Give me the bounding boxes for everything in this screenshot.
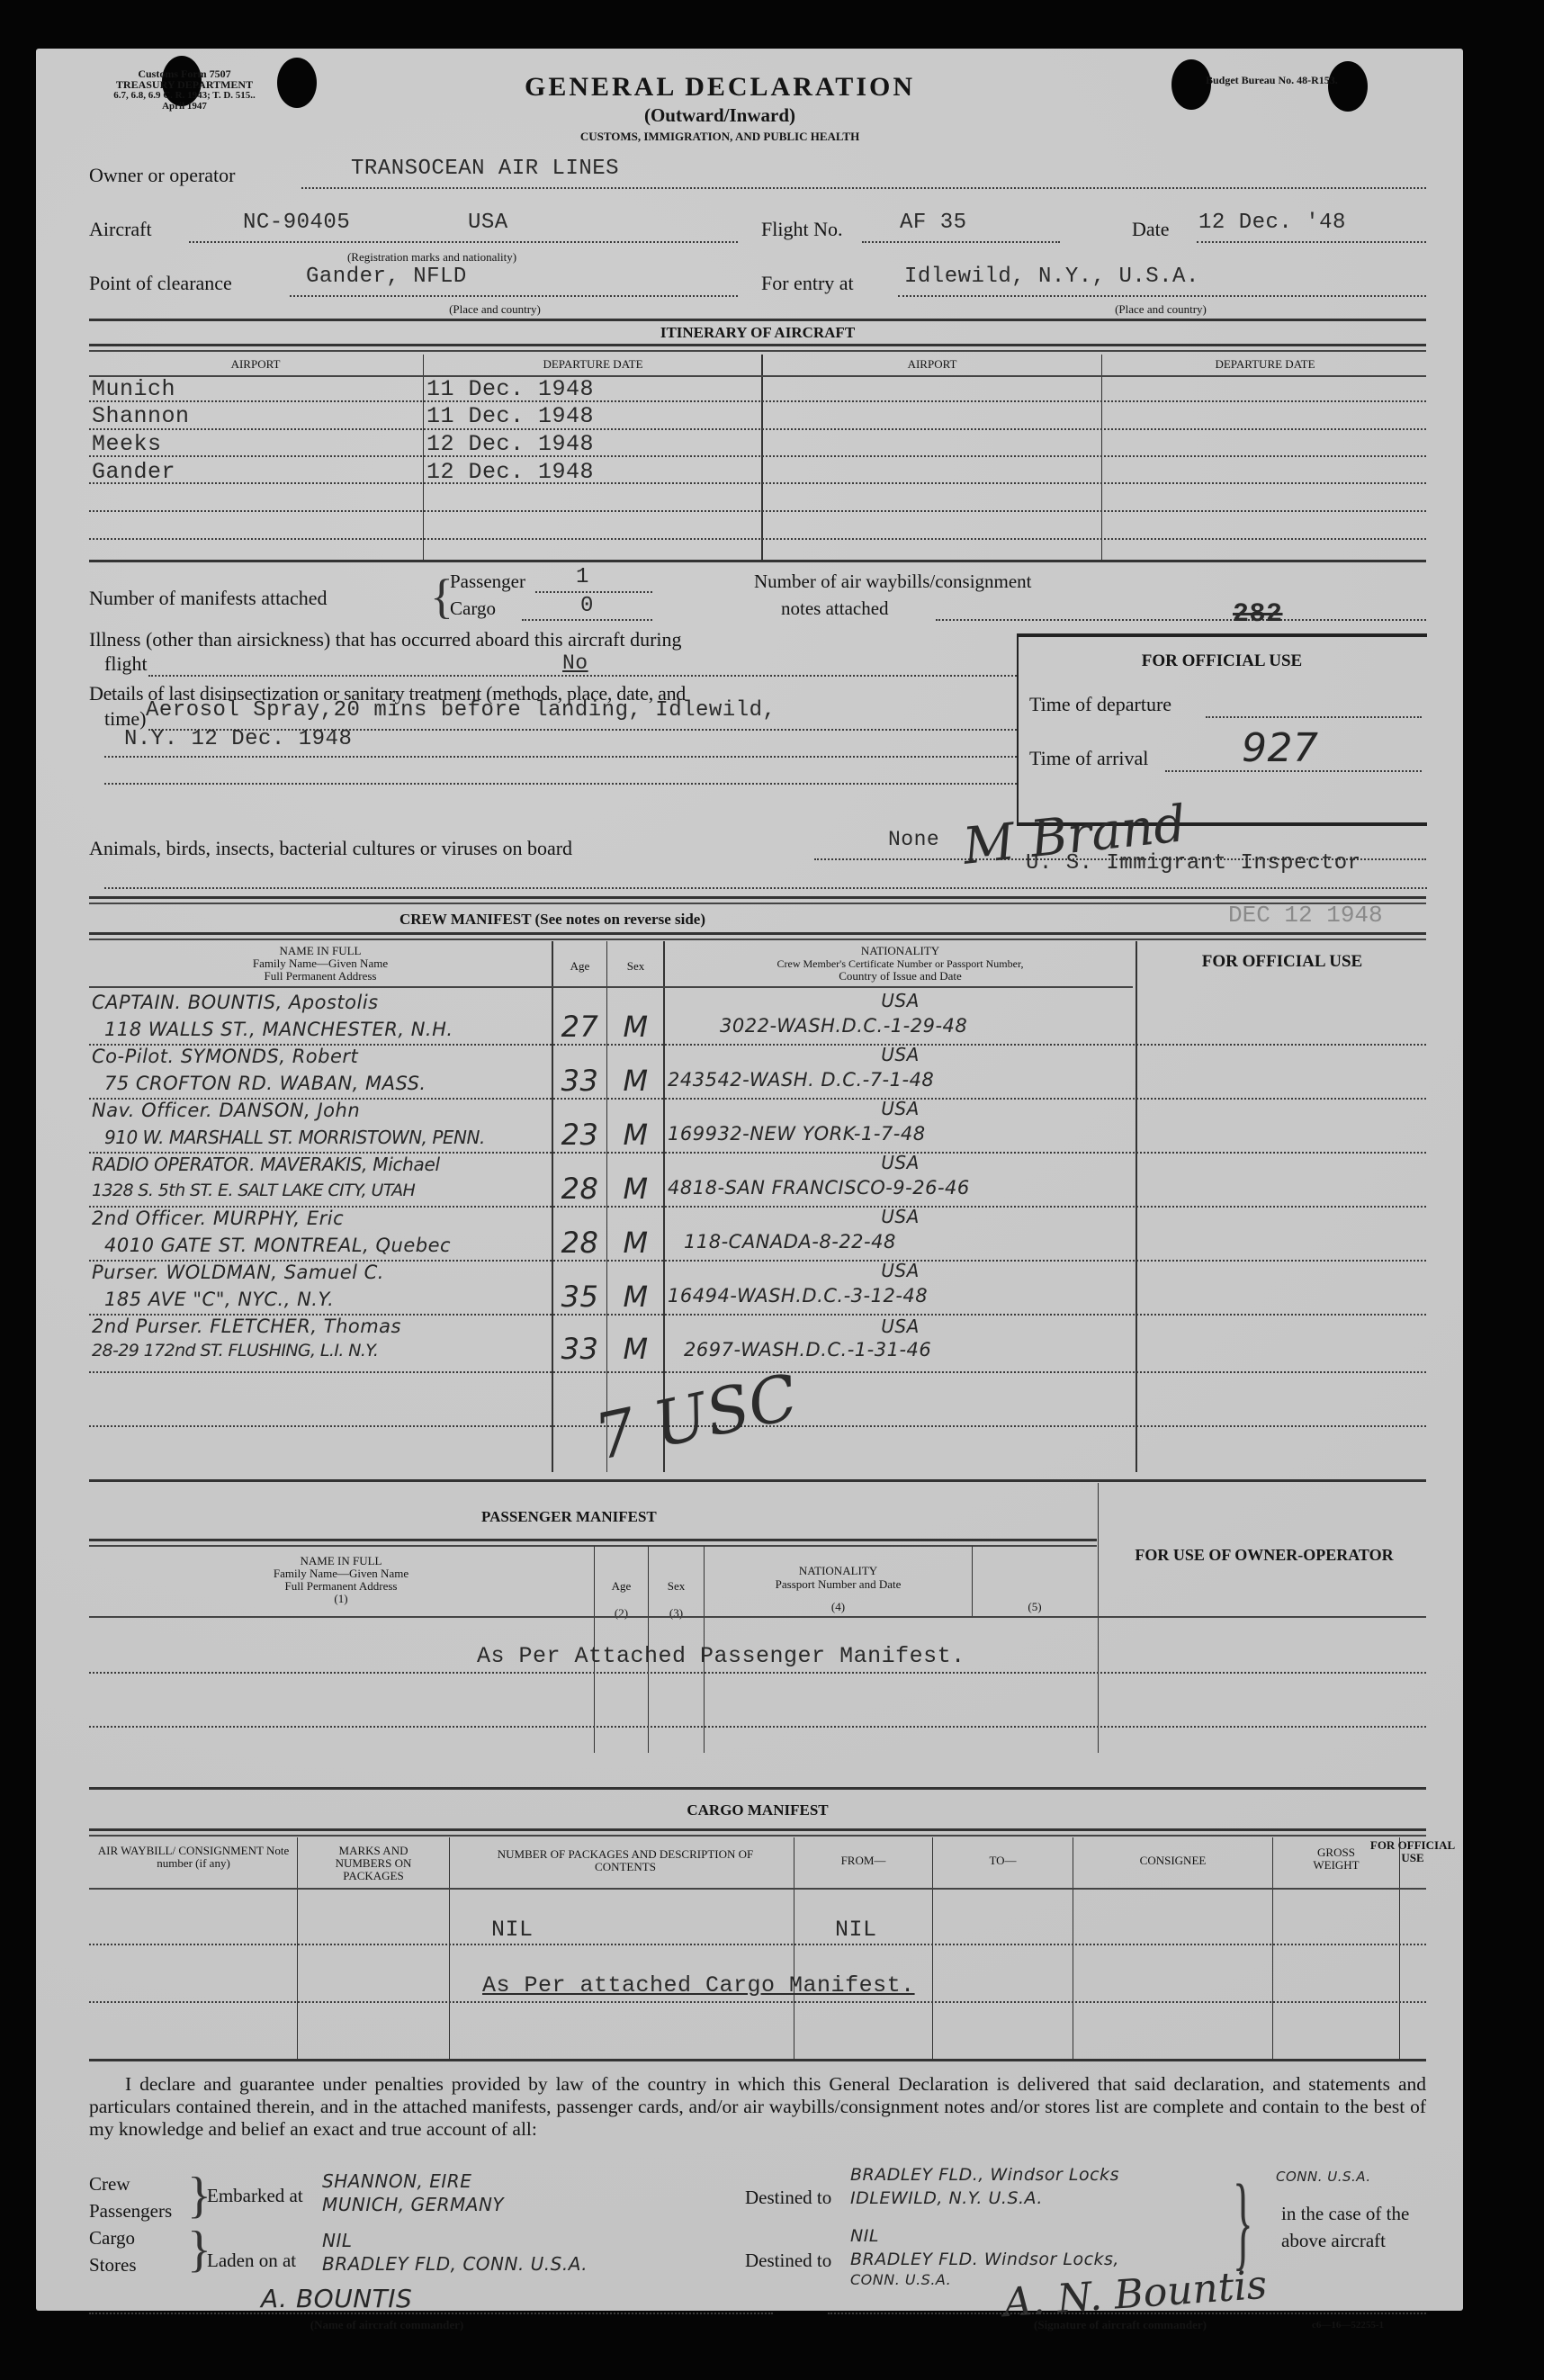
- crew-nationality: USA: [665, 1044, 1136, 1065]
- disinsection-line-2: [104, 756, 1017, 758]
- crew-age: 33: [553, 1332, 606, 1366]
- itinerary-date: 11 Dec. 1948: [426, 403, 594, 429]
- case-text-line-1: in the case of the: [1281, 2203, 1409, 2225]
- crew-nationality: USA: [665, 1152, 1136, 1173]
- itinerary-header-rule: [89, 344, 1426, 352]
- cargo-top-rule: [89, 1787, 1426, 1790]
- crew-address: 910 W. MARSHALL ST. MORRISTOWN, PENN.: [104, 1127, 485, 1148]
- clearance-label: Point of clearance: [89, 272, 232, 295]
- embarked-label: Embarked at: [207, 2185, 303, 2207]
- cargo-col-divider-7: [1399, 1837, 1400, 2059]
- crew-sex: M: [608, 1118, 663, 1152]
- commander-signature-value: A. N. Bountis: [1002, 2262, 1269, 2326]
- destined-label-2: Destined to: [745, 2250, 831, 2272]
- itinerary-airport: Munich: [92, 376, 175, 402]
- crew-nationality: USA: [665, 1260, 1136, 1281]
- laden-value-2: BRADLEY FLD, CONN. U.S.A.: [322, 2253, 588, 2275]
- crew-name: 2nd Purser. FLETCHER, Thomas: [92, 1316, 401, 1337]
- passenger-header-name: NAME IN FULL Family Name—Given Name Full…: [89, 1555, 593, 1605]
- crew-certificate: 169932-NEW YORK-1-7-48: [668, 1123, 926, 1145]
- cargo-manifest-note: As Per attached Cargo Manifest.: [482, 1972, 915, 1998]
- disinsection-value-line-2: N.Y. 12 Dec. 1948: [124, 727, 352, 751]
- clearance-caption: (Place and country): [414, 302, 576, 317]
- destined2-value-3: CONN. U.S.A.: [850, 2271, 951, 2288]
- laden-value-1: NIL: [322, 2230, 353, 2251]
- aircraft-label: Aircraft: [89, 218, 152, 241]
- crew-age: 28: [553, 1226, 606, 1260]
- passenger-manifest-note: As Per Attached Passenger Manifest.: [477, 1643, 965, 1669]
- form-date: April 1947: [72, 101, 297, 112]
- cargo-manifest-count: 0: [580, 594, 594, 618]
- aircraft-registration: NC-90405: [243, 211, 350, 235]
- disinsection-value-line-1: Aerosol Spray,20 mins before landing, Id…: [146, 698, 776, 723]
- cargo-bottom-rule: [89, 2059, 1426, 2061]
- case-text-line-2: above aircraft: [1281, 2230, 1386, 2252]
- crew-age: 35: [553, 1280, 606, 1314]
- cargo-header-to: TO—: [933, 1854, 1073, 1868]
- crew-address: 1328 S. 5th ST. E. SALT LAKE CITY, UTAH: [92, 1181, 415, 1200]
- crew-name: Purser. WOLDMAN, Samuel C.: [92, 1262, 384, 1283]
- crew-header-name-line-1: NAME IN FULL: [89, 945, 552, 957]
- crew-header-age: Age: [553, 959, 606, 974]
- crew-name: Co-Pilot. SYMONDS, Robert: [92, 1046, 358, 1067]
- crew-header-nat-line-3: Country of Issue and Date: [665, 970, 1136, 983]
- entry-label: For entry at: [761, 272, 854, 295]
- crew-address: 4010 GATE ST. MONTREAL, Quebec: [104, 1235, 451, 1256]
- cargo-packages-value: NIL: [491, 1917, 534, 1943]
- cargo-header-consignee: CONSIGNEE: [1073, 1854, 1272, 1868]
- itinerary-header-date-1: DEPARTURE DATE: [425, 357, 761, 372]
- crew-header-rule: [89, 932, 1426, 940]
- crew-sex: M: [608, 1064, 663, 1098]
- crew-header-official-use: FOR OFFICIAL USE: [1137, 952, 1427, 972]
- itinerary-header-airport-2: AIRPORT: [763, 357, 1101, 372]
- department: TREASURY DEPARTMENT: [72, 79, 297, 90]
- flight-label: Flight No.: [761, 218, 842, 241]
- crew-top-rule: [89, 896, 1426, 904]
- passenger-header-col5: (5): [973, 1600, 1097, 1614]
- passenger-header-nat-num: (4): [705, 1600, 972, 1613]
- waybills-label-line-2: notes attached: [781, 597, 889, 620]
- crew-header-sex: Sex: [608, 959, 663, 974]
- owner-operator-title: FOR USE OF OWNER-OPERATOR: [1101, 1546, 1427, 1565]
- crew-header-name-line-3: Full Permanent Address: [89, 970, 552, 983]
- passenger-row-line-2: [89, 1726, 1426, 1728]
- destined1-extra: CONN. U.S.A.: [1276, 2169, 1371, 2185]
- crew-name: Nav. Officer. DANSON, John: [92, 1100, 360, 1121]
- budget-bureau-number: Budget Bureau No. 48-R153.: [1206, 74, 1338, 87]
- cargo-header-marks: MARKS AND NUMBERS ON PACKAGES: [315, 1845, 432, 1882]
- cargo-row-line-1: [89, 1944, 1426, 1945]
- itinerary-col-divider-3: [1101, 355, 1102, 560]
- passenger-header-sex-label: Sex: [649, 1573, 704, 1600]
- crew-nationality: USA: [665, 1206, 1136, 1227]
- itinerary-header-airport-1: AIRPORT: [89, 357, 422, 372]
- crew-header-nat-line-2: Crew Member's Certificate Number or Pass…: [665, 957, 1136, 970]
- animals-label: Animals, birds, insects, bacterial cultu…: [89, 837, 572, 860]
- crew-certificate: 243542-WASH. D.C.-7-1-48: [668, 1069, 934, 1091]
- itinerary-header-underline: [89, 375, 1426, 377]
- passenger-header-name-num: (1): [89, 1593, 593, 1605]
- commander-name-caption: (Name of aircraft commander): [261, 2318, 513, 2332]
- document-title: GENERAL DECLARATION: [450, 72, 990, 103]
- laden-label: Laden on at: [207, 2250, 296, 2272]
- cargo-header-underline: [89, 1888, 1426, 1890]
- crew-header-nationality: NATIONALITY Crew Member's Certificate Nu…: [665, 945, 1136, 983]
- passenger-header-rule: [89, 1539, 1097, 1547]
- passenger-header-name-line-1: NAME IN FULL: [89, 1555, 593, 1567]
- crew-age: 28: [553, 1172, 606, 1206]
- itinerary-airport: Meeks: [92, 431, 162, 457]
- arrival-time-label: Time of arrival: [1029, 747, 1148, 770]
- cargo-col-divider-5: [1073, 1837, 1073, 2059]
- passenger-header-name-line-2: Family Name—Given Name: [89, 1567, 593, 1580]
- itinerary-header-date-2: DEPARTURE DATE: [1103, 357, 1427, 372]
- crew-address: 28-29 172nd ST. FLUSHING, L.I. N.Y.: [92, 1341, 378, 1361]
- owner-value: TRANSOCEAN AIR LINES: [351, 157, 619, 181]
- crew-nationality: USA: [665, 1316, 1136, 1337]
- official-use-title: FOR OFFICIAL USE: [1017, 651, 1427, 671]
- crew-name: RADIO OPERATOR. MAVERAKIS, Michael: [92, 1154, 440, 1175]
- illness-label-line-2: flight: [104, 652, 148, 676]
- manifests-label: Number of manifests attached: [89, 587, 328, 610]
- passenger-header-name-line-3: Full Permanent Address: [89, 1580, 593, 1593]
- crew-sex: M: [608, 1280, 663, 1314]
- form-identifier: Customs Form 7507 TREASURY DEPARTMENT 6.…: [72, 68, 297, 112]
- illness-label-line-1: Illness (other than airsickness) that ha…: [89, 628, 682, 651]
- cargo-col-divider-3: [794, 1837, 794, 2059]
- passenger-manifest-line: [535, 591, 652, 593]
- commander-signature-line: [828, 2313, 1426, 2314]
- itinerary-airport: Shannon: [92, 403, 190, 429]
- crew-certificate: 4818-SAN FRANCISCO-9-26-46: [668, 1177, 970, 1199]
- aircraft-line: [189, 241, 738, 243]
- date-line: [1197, 241, 1426, 243]
- crew-sex: M: [608, 1332, 663, 1366]
- commander-name-line: [89, 2313, 773, 2314]
- inspector-title: U. S. Immigrant Inspector: [1026, 851, 1361, 876]
- passenger-header-age: Age (2): [595, 1573, 648, 1627]
- date-stamp: DEC 12 1948: [1228, 902, 1383, 929]
- passenger-header-nationality: NATIONALITY Passport Number and Date (4): [705, 1564, 972, 1613]
- crew-certificate: 3022-WASH.D.C.-1-29-48: [720, 1015, 967, 1037]
- document-subtitle: (Outward/Inward): [450, 104, 990, 127]
- waybills-count: 282: [1233, 599, 1283, 630]
- departure-time-label: Time of departure: [1029, 693, 1171, 716]
- cargo-header-packages: NUMBER OF PACKAGES AND DESCRIPTION OF CO…: [486, 1848, 765, 1873]
- itinerary-bottom-rule: [89, 560, 1426, 562]
- date-label: Date: [1132, 218, 1170, 241]
- flight-value: AF 35: [900, 211, 967, 235]
- date-value: 12 Dec. '48: [1198, 211, 1346, 235]
- regulation-ref: 6.7, 6.8, 6.9 C. R. 1943; T. D. 515..: [72, 90, 297, 101]
- crew-certificate: 16494-WASH.D.C.-3-12-48: [668, 1285, 928, 1307]
- crew-address: 185 AVE "C", NYC., N.Y.: [104, 1289, 334, 1310]
- cargo-stores-labels: Cargo Stores: [89, 2224, 137, 2278]
- itinerary-line-5: [89, 510, 1426, 512]
- waybills-line: [936, 619, 1426, 621]
- passenger-header-nat-line-1: NATIONALITY: [705, 1564, 972, 1577]
- owner-line: [301, 187, 1426, 189]
- crew-age: 27: [553, 1010, 606, 1044]
- crew-header-nat-line-1: NATIONALITY: [665, 945, 1136, 957]
- illness-value: No: [562, 651, 588, 675]
- crew-nationality: USA: [665, 990, 1136, 1011]
- cargo-manifest-title: CARGO MANIFEST: [89, 1801, 1426, 1819]
- crew-nationality: USA: [665, 1098, 1136, 1119]
- declaration-cargo-label: Cargo: [89, 2224, 137, 2251]
- passenger-header-nat-line-2: Passport Number and Date: [705, 1577, 972, 1591]
- itinerary-line-1: [89, 400, 1426, 402]
- destined1-value-1: BRADLEY FLD., Windsor Locks: [850, 2165, 1119, 2185]
- destined2-value-1: NIL: [850, 2226, 879, 2246]
- itinerary-airport: Gander: [92, 459, 175, 485]
- agencies-line: CUSTOMS, IMMIGRATION, AND PUBLIC HEALTH: [450, 130, 990, 144]
- passenger-header-age-num: (2): [595, 1600, 648, 1627]
- illness-line: [148, 675, 1017, 677]
- clearance-value: Gander, NFLD: [306, 265, 467, 289]
- crew-sex: M: [608, 1172, 663, 1206]
- crew-address: 75 CROFTON RD. WABAN, MASS.: [104, 1073, 426, 1094]
- destined2-value-2: BRADLEY FLD. Windsor Locks,: [850, 2250, 1119, 2269]
- flight-line: [862, 241, 1060, 243]
- clearance-line: [290, 295, 738, 297]
- cargo-header-from: FROM—: [794, 1854, 932, 1868]
- owner-label: Owner or operator: [89, 164, 236, 187]
- crew-sex: M: [608, 1226, 663, 1260]
- cargo-row-line-2: [89, 2001, 1426, 2003]
- crew-address: 118 WALLS ST., MANCHESTER, N.H.: [104, 1019, 453, 1040]
- itinerary-col-divider-2: [761, 355, 763, 560]
- cargo-from-value: NIL: [835, 1917, 877, 1943]
- passenger-row-line-1: [89, 1672, 1426, 1674]
- departure-time-line: [1206, 716, 1422, 718]
- entry-line: [898, 295, 1426, 297]
- crew-certificate: 118-CANADA-8-22-48: [684, 1231, 896, 1253]
- embarked-value-1: SHANNON, EIRE: [322, 2170, 471, 2192]
- passenger-manifest-title: PASSENGER MANIFEST: [481, 1508, 1471, 1526]
- crew-name: 2nd Officer. MURPHY, Eric: [92, 1208, 344, 1229]
- cargo-header-waybill: AIR WAYBILL/ CONSIGNMENT Note number (if…: [92, 1845, 295, 1870]
- animals-line-2: [104, 887, 1427, 889]
- embarked-value-2: MUNICH, GERMANY: [322, 2194, 504, 2215]
- declaration-crew-label: Crew: [89, 2170, 172, 2197]
- declaration-text: I declare and guarantee under penalties …: [89, 2073, 1426, 2141]
- destined-label-1: Destined to: [745, 2187, 831, 2209]
- crew-initials-mark: 7 USC: [588, 1360, 803, 1474]
- crew-header-name: NAME IN FULL Family Name—Given Name Full…: [89, 945, 552, 983]
- itinerary-line-2: [89, 428, 1426, 430]
- passenger-manifest-count: 1: [576, 565, 589, 589]
- animals-value: None: [888, 828, 939, 851]
- passenger-header-age-label: Age: [595, 1573, 648, 1600]
- itinerary-date: 12 Dec. 1948: [426, 459, 594, 485]
- itinerary-date: 12 Dec. 1948: [426, 431, 594, 457]
- itinerary-line-6: [89, 538, 1426, 540]
- declaration-stores-label: Stores: [89, 2251, 137, 2278]
- itinerary-line-3: [89, 455, 1426, 457]
- commander-signature-caption: (Signature of aircraft commander): [985, 2318, 1255, 2332]
- passenger-header-sex-num: (3): [649, 1600, 704, 1627]
- itinerary-top-rule: [89, 319, 1426, 321]
- crew-certificate: 2697-WASH.D.C.-1-31-46: [684, 1339, 931, 1361]
- entry-value: Idlewild, N.Y., U.S.A.: [904, 265, 1199, 289]
- print-code: c6—16—52255-1: [1312, 2320, 1384, 2331]
- cargo-col-divider-4: [932, 1837, 933, 2059]
- crew-sex: M: [608, 1010, 663, 1044]
- right-brace: }: [1233, 2169, 1253, 2275]
- passenger-header-underline: [89, 1616, 1426, 1618]
- cargo-manifest-line: [522, 619, 652, 621]
- cargo-col-divider-2: [449, 1837, 450, 2059]
- passenger-manifest-label: Passenger: [450, 570, 525, 593]
- crew-passengers-labels: Crew Passengers: [89, 2170, 172, 2224]
- cargo-manifest-label: Cargo: [450, 597, 496, 620]
- crew-header-underline: [89, 986, 1133, 988]
- cargo-col-divider-1: [297, 1837, 298, 2059]
- waybills-label-line-1: Number of air waybills/consignment: [754, 570, 1032, 593]
- aircraft-nationality: USA: [468, 211, 508, 235]
- declaration-passengers-label: Passengers: [89, 2197, 172, 2224]
- destined1-value-2: IDLEWILD, N.Y. U.S.A.: [850, 2188, 1043, 2208]
- cargo-header-official-text: FOR OFFICIAL USE: [1370, 1838, 1455, 1864]
- passenger-header-sex: Sex (3): [649, 1573, 704, 1627]
- itinerary-line-4: [89, 482, 1426, 484]
- commander-name-value: A. BOUNTIS: [261, 2284, 412, 2313]
- itinerary-col-divider-1: [423, 355, 424, 560]
- cargo-header-official-visible: FOR OFFICIAL USE: [1363, 1839, 1462, 1864]
- arrival-time-value: 927: [1242, 725, 1318, 771]
- itinerary-date: 11 Dec. 1948: [426, 376, 594, 402]
- itinerary-title: ITINERARY OF AIRCRAFT: [89, 324, 1426, 342]
- crew-name: CAPTAIN. BOUNTIS, Apostolis: [92, 992, 379, 1013]
- crew-header-name-line-2: Family Name—Given Name: [89, 957, 552, 970]
- general-declaration-document: Customs Form 7507 TREASURY DEPARTMENT 6.…: [36, 49, 1463, 2311]
- entry-caption: (Place and country): [1080, 302, 1242, 317]
- crew-manifest-title: CREW MANIFEST (See notes on reverse side…: [89, 911, 1016, 929]
- crew-age: 33: [553, 1064, 606, 1098]
- cargo-header-rule: [89, 1828, 1426, 1837]
- aircraft-caption: (Registration marks and nationality): [306, 250, 558, 265]
- disinsection-line-3: [104, 783, 1017, 785]
- crew-age: 23: [553, 1118, 606, 1152]
- passenger-top-rule: [89, 1479, 1426, 1482]
